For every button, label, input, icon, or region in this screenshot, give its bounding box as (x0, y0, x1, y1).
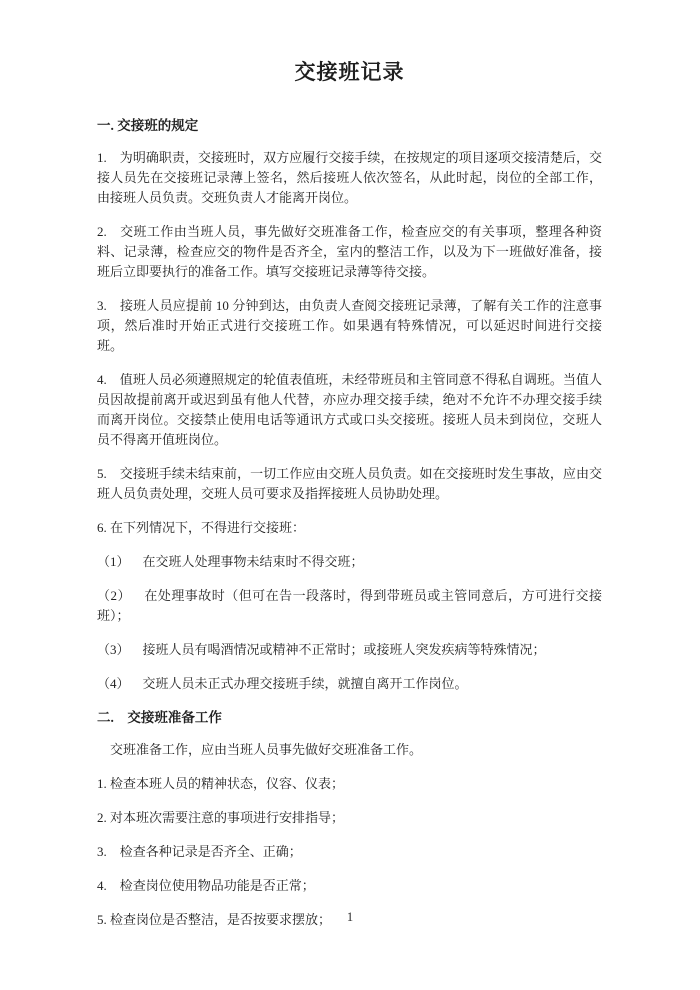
section2-item-1: 1. 检查本班人员的精神状态，仪容、仪表； (97, 774, 602, 794)
section1-heading: 一. 交接班的规定 (97, 116, 602, 136)
section1-paragraph-6: 6. 在下列情况下，不得进行交接班： (97, 518, 602, 538)
section1-paragraph-5: 5. 交接班手续未结束前，一切工作应由交班人员负责。如在交接班时发生事故，应由交… (97, 464, 602, 504)
section2-item-4: 4. 检查岗位使用物品功能是否正常； (97, 876, 602, 896)
document-content: 交接班记录 一. 交接班的规定 1. 为明确职责，交接班时，双方应履行交接手续，… (0, 0, 700, 930)
section1-subitem-3: （3） 接班人员有喝酒情况或精神不正常时；或接班人突发疾病等特殊情况； (97, 640, 602, 660)
page-number: 1 (0, 910, 700, 925)
section1-paragraph-1: 1. 为明确职责，交接班时，双方应履行交接手续，在按规定的项目逐项交接清楚后，交… (97, 148, 602, 208)
section1-subitem-4: （4） 交班人员未正式办理交接班手续，就擅自离开工作岗位。 (97, 674, 602, 694)
section1-paragraph-2: 2. 交班工作由当班人员，事先做好交班准备工作，检查应交的有关事项，整理各种资料… (97, 222, 602, 282)
section2-intro: 交班准备工作，应由当班人员事先做好交班准备工作。 (97, 740, 602, 760)
section2-item-3: 3. 检查各种记录是否齐全、正确； (97, 842, 602, 862)
section2-heading: 二. 交接班准备工作 (97, 708, 602, 728)
section2-item-2: 2. 对本班次需要注意的事项进行安排指导； (97, 808, 602, 828)
section1-paragraph-3: 3. 接班人员应提前 10 分钟到达，由负责人查阅交接班记录薄，了解有关工作的注… (97, 296, 602, 356)
section1-subitem-1: （1） 在交班人处理事物未结束时不得交班； (97, 552, 602, 572)
section1-subitem-2: （2） 在处理事故时（但可在告一段落时，得到带班员或主管同意后，方可进行交接班）… (97, 586, 602, 626)
section1-paragraph-4: 4. 值班人员必须遵照规定的轮值表值班，未经带班员和主管同意不得私自调班。当值人… (97, 370, 602, 450)
page-title: 交接班记录 (97, 58, 602, 86)
document-page: 交接班记录 一. 交接班的规定 1. 为明确职责，交接班时，双方应履行交接手续，… (0, 0, 700, 990)
